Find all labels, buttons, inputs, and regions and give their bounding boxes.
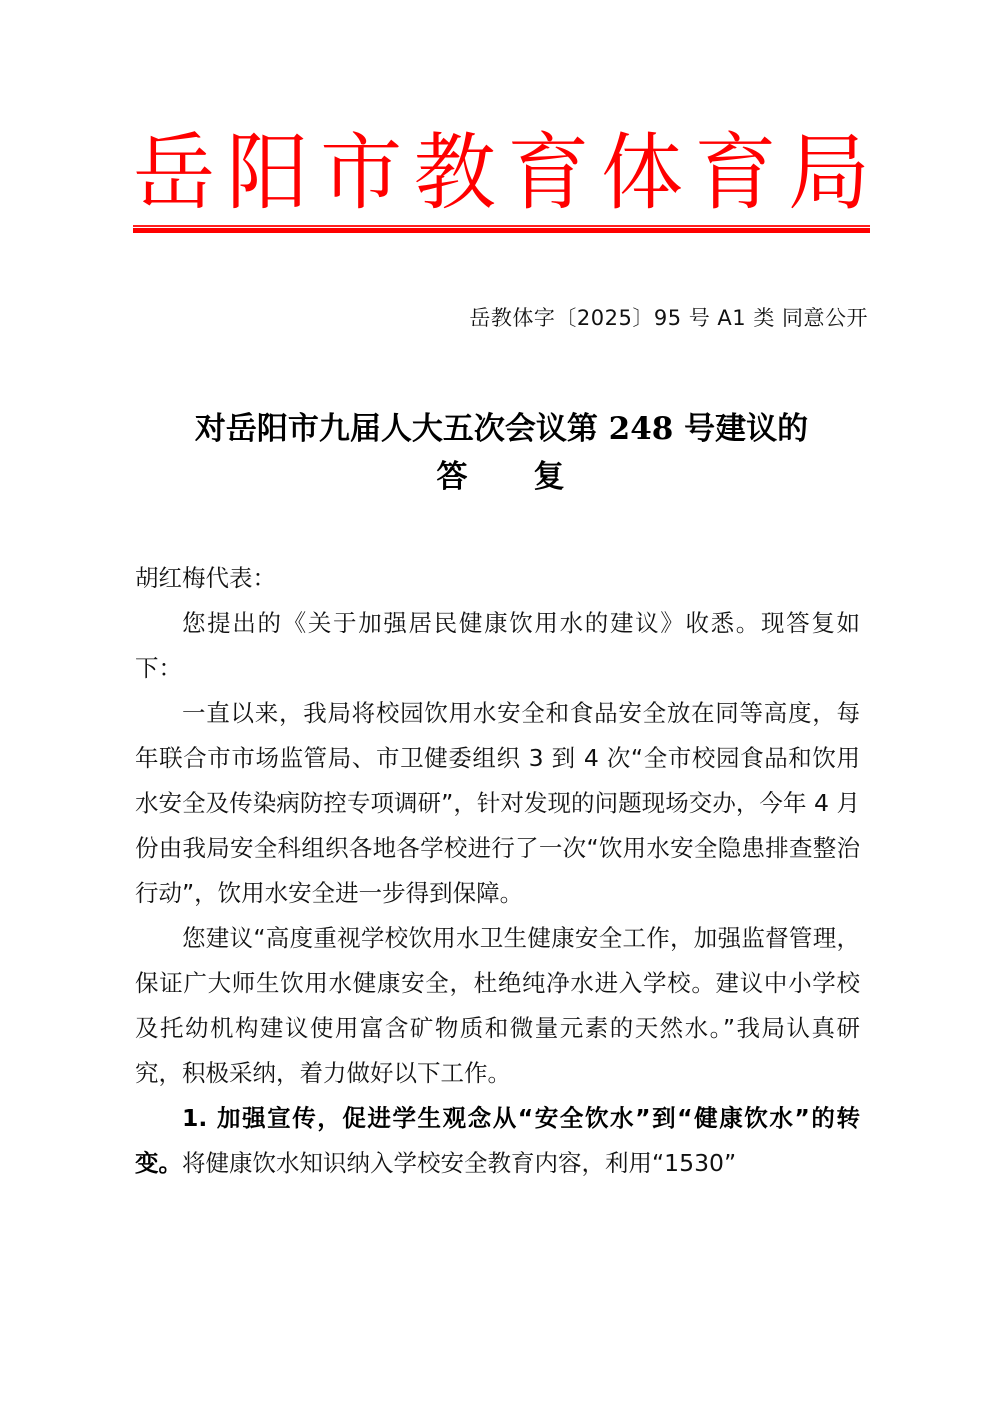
section-1-paragraph: 1. 加强宣传，促进学生观念从“安全饮水”到“健康饮水”的转变。将健康饮水知识纳… [135,1096,860,1186]
masthead-char: 局 [788,127,870,221]
body-paragraph: 您建议“高度重视学校饮用水卫生健康安全工作，加强监督管理，保证广大师生饮用水健康… [135,916,860,1096]
document-title-line2: 答复 [133,451,870,496]
masthead-divider-thick [133,228,870,233]
masthead-char: 岳 [133,127,215,221]
section-1-text: 将健康饮水知识纳入学校安全教育内容，利用“1530” [182,1149,736,1177]
masthead-char: 体 [601,127,683,221]
document-page: 岳 阳 市 教 育 体 育 局 岳教体字〔2025〕95 号 A1 类 同意公开… [0,0,1000,1414]
salutation: 胡红梅代表： [135,556,860,601]
masthead-char: 教 [414,127,496,221]
document-title-line1: 对岳阳市九届人大五次会议第 248 号建议的 [133,403,870,448]
body-paragraph: 您提出的《关于加强居民健康饮用水的建议》收悉。现答复如下： [135,601,860,691]
body-paragraph: 一直以来，我局将校园饮用水安全和食品安全放在同等高度，每年联合市市场监管局、市卫… [135,691,860,916]
title-char-da: 答 [437,459,470,495]
masthead-title: 岳 阳 市 教 育 体 育 局 [133,128,870,220]
document-number: 岳教体字〔2025〕95 号 A1 类 同意公开 [469,302,868,332]
masthead-char: 阳 [227,127,309,221]
masthead-char: 市 [320,127,402,221]
document-body: 胡红梅代表： 您提出的《关于加强居民健康饮用水的建议》收悉。现答复如下： 一直以… [135,556,860,1186]
masthead-char: 育 [694,127,776,221]
masthead-char: 育 [507,127,589,221]
title-char-fu: 复 [534,459,567,495]
masthead-divider-thin [133,225,870,227]
